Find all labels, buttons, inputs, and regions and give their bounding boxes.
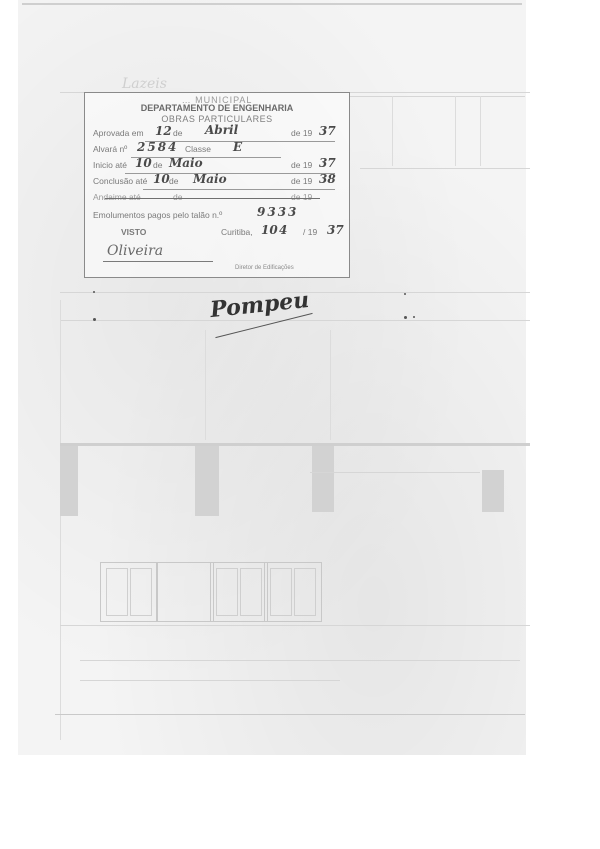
mark-dot bbox=[93, 291, 95, 293]
beam-line bbox=[60, 443, 530, 446]
window-pane bbox=[240, 568, 262, 616]
drawing-line bbox=[480, 96, 481, 166]
window-pane bbox=[106, 568, 128, 616]
row-visto: VISTO Curitiba, 10 4 / 19 37 bbox=[93, 227, 343, 241]
fees-number: 9333 bbox=[257, 205, 298, 219]
approved-day: 12 bbox=[155, 124, 172, 138]
sheet-top-edge bbox=[22, 3, 522, 5]
drawing-line bbox=[350, 96, 525, 97]
section-line bbox=[80, 680, 340, 681]
approved-year: 37 bbox=[319, 124, 336, 138]
start-month: Maio bbox=[169, 156, 203, 170]
visto-label: VISTO bbox=[121, 227, 146, 237]
signature-underline bbox=[103, 261, 213, 262]
drawing-line bbox=[205, 330, 206, 440]
stamp-department: DEPARTAMENTO DE ENGENHARIA bbox=[85, 103, 349, 113]
section-line bbox=[80, 660, 520, 661]
window-left-2 bbox=[156, 562, 214, 622]
drawing-line bbox=[392, 96, 393, 166]
window-pane bbox=[130, 568, 152, 616]
underline bbox=[131, 157, 281, 158]
drawing-line bbox=[360, 168, 530, 169]
window-pane bbox=[270, 568, 292, 616]
scaffold-year-label: de 19 bbox=[291, 192, 312, 202]
scaffold-label: Andaime até bbox=[93, 192, 141, 202]
start-connector: de bbox=[153, 160, 162, 170]
drawing-line bbox=[455, 96, 456, 166]
approved-label: Aprovada em bbox=[93, 128, 144, 138]
start-year-label: de 19 bbox=[291, 160, 312, 170]
ground-line bbox=[60, 625, 530, 626]
row-fees: Emolumentos pagos pelo talão n.º 9333 bbox=[93, 210, 343, 224]
row-scaffold: Andaime até de de 19 bbox=[93, 192, 343, 206]
scaffold-connector: de bbox=[173, 192, 182, 202]
approval-stamp: … MUNICIPAL DEPARTAMENTO DE ENGENHARIA O… bbox=[84, 92, 350, 278]
window-pane bbox=[294, 568, 316, 616]
approved-connector: de bbox=[173, 128, 182, 138]
class-value: E bbox=[233, 140, 242, 154]
approved-year-label: de 19 bbox=[291, 128, 312, 138]
pillar bbox=[195, 446, 219, 516]
start-day: 10 bbox=[135, 156, 152, 170]
stamp-footer: Diretor de Edificações bbox=[235, 265, 294, 271]
drawing-line bbox=[330, 330, 331, 440]
city-year-label: / 19 bbox=[303, 227, 317, 237]
city-year: 37 bbox=[327, 223, 344, 237]
city-label: Curitiba, bbox=[221, 227, 253, 237]
completion-year: 38 bbox=[319, 172, 336, 186]
underline bbox=[143, 189, 335, 190]
start-label: Inicio até bbox=[93, 160, 127, 170]
mark-dot bbox=[404, 293, 406, 295]
drawing-line bbox=[310, 472, 480, 473]
completion-day: 10 bbox=[153, 172, 170, 186]
city-month: 4 bbox=[279, 223, 287, 237]
partial-heading: Lazeis bbox=[122, 76, 167, 92]
section-line bbox=[55, 714, 525, 715]
completion-connector: de bbox=[169, 176, 178, 186]
row-permit: Alvará nº 2584 Classe E bbox=[93, 144, 343, 158]
mark-dot bbox=[413, 316, 415, 318]
approved-month: Abril bbox=[205, 123, 238, 137]
visto-signature: Oliveira bbox=[107, 243, 163, 259]
row-completion: Conclusão até 10 de Maio de 19 38 bbox=[93, 176, 343, 190]
completion-month: Maio bbox=[193, 172, 227, 186]
permit-number: 2584 bbox=[137, 140, 178, 154]
window-pane bbox=[216, 568, 238, 616]
pillar bbox=[482, 470, 504, 512]
drawing-line bbox=[60, 320, 530, 321]
mark-dot bbox=[404, 316, 407, 319]
drawing-line bbox=[60, 300, 61, 740]
row-approved: Aprovada em 12 de Abril de 19 37 bbox=[93, 128, 343, 142]
mark-dot bbox=[93, 318, 96, 321]
completion-label: Conclusão até bbox=[93, 176, 147, 186]
strike-through bbox=[105, 198, 320, 199]
fees-label: Emolumentos pagos pelo talão n.º bbox=[93, 210, 222, 220]
class-label: Classe bbox=[185, 144, 211, 154]
pillar bbox=[60, 446, 78, 516]
pillar bbox=[312, 446, 334, 512]
start-year: 37 bbox=[319, 156, 336, 170]
completion-year-label: de 19 bbox=[291, 176, 312, 186]
city-day: 10 bbox=[261, 223, 278, 237]
permit-label: Alvará nº bbox=[93, 144, 127, 154]
